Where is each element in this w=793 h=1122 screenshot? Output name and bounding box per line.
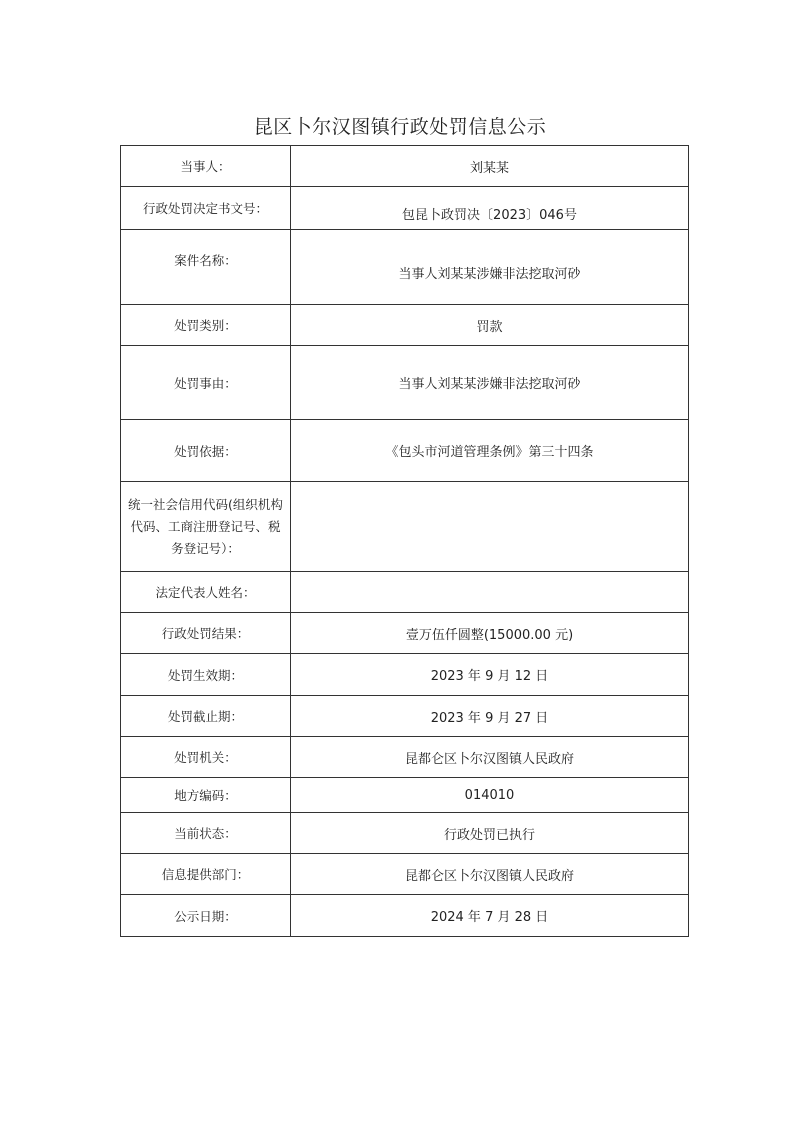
value-penalty-basis: 《包头市河道管理条例》第三十四条 <box>291 420 689 482</box>
label-decision-number: 行政处罚决定书文号： <box>121 187 291 230</box>
value-legal-rep <box>291 572 689 613</box>
value-penalty-reason: 当事人刘某某涉嫌非法挖取河砂 <box>291 346 689 420</box>
row-status: 当前状态： 行政处罚已执行 <box>121 813 689 854</box>
value-effective-date: 2023 年 9 月 12 日 <box>291 654 689 696</box>
label-info-provider: 信息提供部门： <box>121 854 291 895</box>
label-publish-date: 公示日期： <box>121 895 291 937</box>
value-publish-date: 2024 年 7 月 28 日 <box>291 895 689 937</box>
label-legal-rep: 法定代表人姓名： <box>121 572 291 613</box>
value-credit-code <box>291 482 689 572</box>
label-deadline-date: 处罚截止期： <box>121 696 291 737</box>
row-deadline-date: 处罚截止期： 2023 年 9 月 27 日 <box>121 696 689 737</box>
label-penalty-result: 行政处罚结果： <box>121 613 291 654</box>
row-legal-rep: 法定代表人姓名： <box>121 572 689 613</box>
row-penalty-type: 处罚类别： 罚款 <box>121 305 689 346</box>
label-status: 当前状态： <box>121 813 291 854</box>
row-party: 当事人： 刘某某 <box>121 146 689 187</box>
label-case-name: 案件名称： <box>121 230 291 305</box>
label-party: 当事人： <box>121 146 291 187</box>
row-case-name: 案件名称： 当事人刘某某涉嫌非法挖取河砂 <box>121 230 689 305</box>
row-publish-date: 公示日期： 2024 年 7 月 28 日 <box>121 895 689 937</box>
row-authority: 处罚机关： 昆都仑区卜尔汉图镇人民政府 <box>121 737 689 778</box>
label-penalty-basis: 处罚依据： <box>121 420 291 482</box>
value-deadline-date: 2023 年 9 月 27 日 <box>291 696 689 737</box>
row-info-provider: 信息提供部门： 昆都仑区卜尔汉图镇人民政府 <box>121 854 689 895</box>
label-penalty-type: 处罚类别： <box>121 305 291 346</box>
value-penalty-result: 壹万伍仟圆整(15000.00 元) <box>291 613 689 654</box>
row-credit-code: 统一社会信用代码(组织机构代码、工商注册登记号、税务登记号）： <box>121 482 689 572</box>
value-region-code: 014010 <box>291 778 689 813</box>
row-penalty-basis: 处罚依据： 《包头市河道管理条例》第三十四条 <box>121 420 689 482</box>
value-party: 刘某某 <box>291 146 689 187</box>
page-title: 昆区卜尔汉图镇行政处罚信息公示 <box>0 112 793 139</box>
label-credit-code: 统一社会信用代码(组织机构代码、工商注册登记号、税务登记号）： <box>121 482 291 572</box>
row-penalty-reason: 处罚事由： 当事人刘某某涉嫌非法挖取河砂 <box>121 346 689 420</box>
value-info-provider: 昆都仑区卜尔汉图镇人民政府 <box>291 854 689 895</box>
penalty-info-table: 当事人： 刘某某 行政处罚决定书文号： 包昆卜政罚决〔2023〕046号 案件名… <box>120 145 689 937</box>
label-region-code: 地方编码： <box>121 778 291 813</box>
value-authority: 昆都仑区卜尔汉图镇人民政府 <box>291 737 689 778</box>
row-penalty-result: 行政处罚结果： 壹万伍仟圆整(15000.00 元) <box>121 613 689 654</box>
value-decision-number: 包昆卜政罚决〔2023〕046号 <box>291 187 689 230</box>
label-authority: 处罚机关： <box>121 737 291 778</box>
row-effective-date: 处罚生效期： 2023 年 9 月 12 日 <box>121 654 689 696</box>
label-effective-date: 处罚生效期： <box>121 654 291 696</box>
label-penalty-reason: 处罚事由： <box>121 346 291 420</box>
value-case-name: 当事人刘某某涉嫌非法挖取河砂 <box>291 230 689 305</box>
row-region-code: 地方编码： 014010 <box>121 778 689 813</box>
value-penalty-type: 罚款 <box>291 305 689 346</box>
row-decision-number: 行政处罚决定书文号： 包昆卜政罚决〔2023〕046号 <box>121 187 689 230</box>
value-status: 行政处罚已执行 <box>291 813 689 854</box>
